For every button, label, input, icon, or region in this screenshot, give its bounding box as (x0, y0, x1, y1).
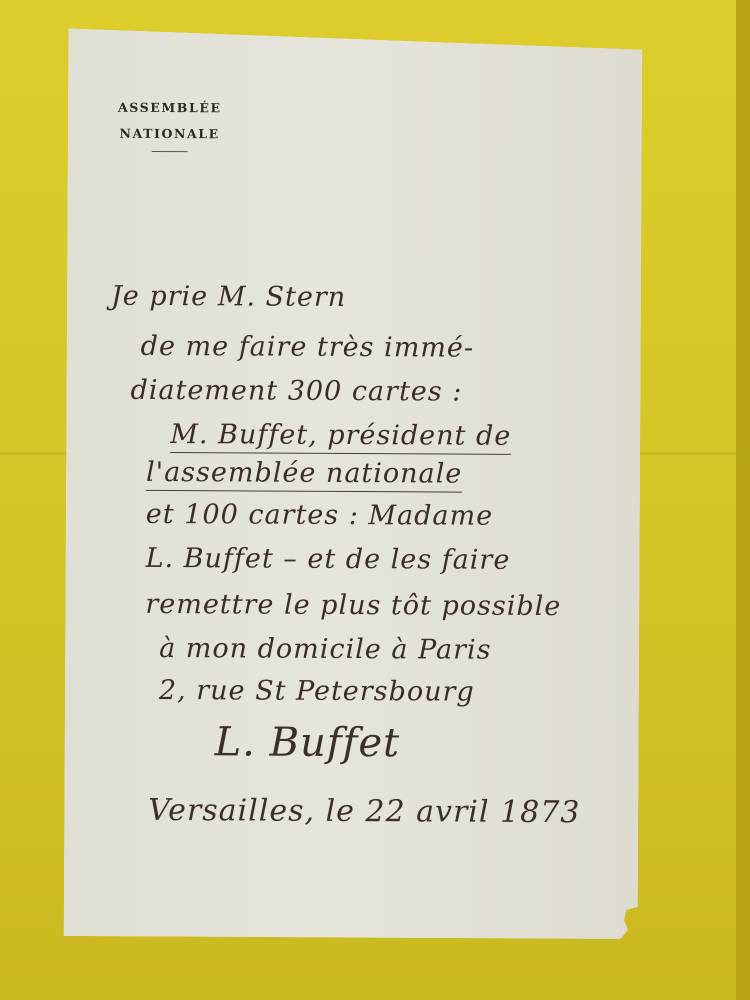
dateline: Versailles, le 22 avril 1873 (148, 793, 580, 830)
letter-line-10: 2, rue St Petersbourg (159, 675, 475, 708)
letterhead-line-1: ASSEMBLÉE (118, 95, 222, 122)
yellow-surface-edge (736, 0, 750, 1000)
letter-line-9: à mon domicile à Paris (159, 633, 492, 666)
letterhead-line-2: NATIONALE (118, 121, 222, 148)
letter-line-2: de me faire très immé- (141, 331, 474, 364)
signature: L. Buffet (215, 719, 401, 766)
letter-line-1: Je prie M. Stern (111, 281, 346, 313)
letter-line-7: L. Buffet – et de les faire (146, 543, 511, 576)
letter-line-8: remettre le plus tôt possible (145, 589, 561, 622)
letter-paper: ASSEMBLÉE NATIONALE Je prie M. Stern de … (64, 29, 643, 944)
letter-line-5: l'assemblée nationale (146, 457, 462, 493)
letterhead: ASSEMBLÉE NATIONALE (118, 95, 222, 153)
letter-line-3: diatement 300 cartes : (130, 375, 462, 408)
letter-line-4: M. Buffet, président de (170, 419, 511, 455)
letterhead-rule (152, 151, 188, 152)
letter-line-6: et 100 cartes : Madame (146, 499, 493, 532)
